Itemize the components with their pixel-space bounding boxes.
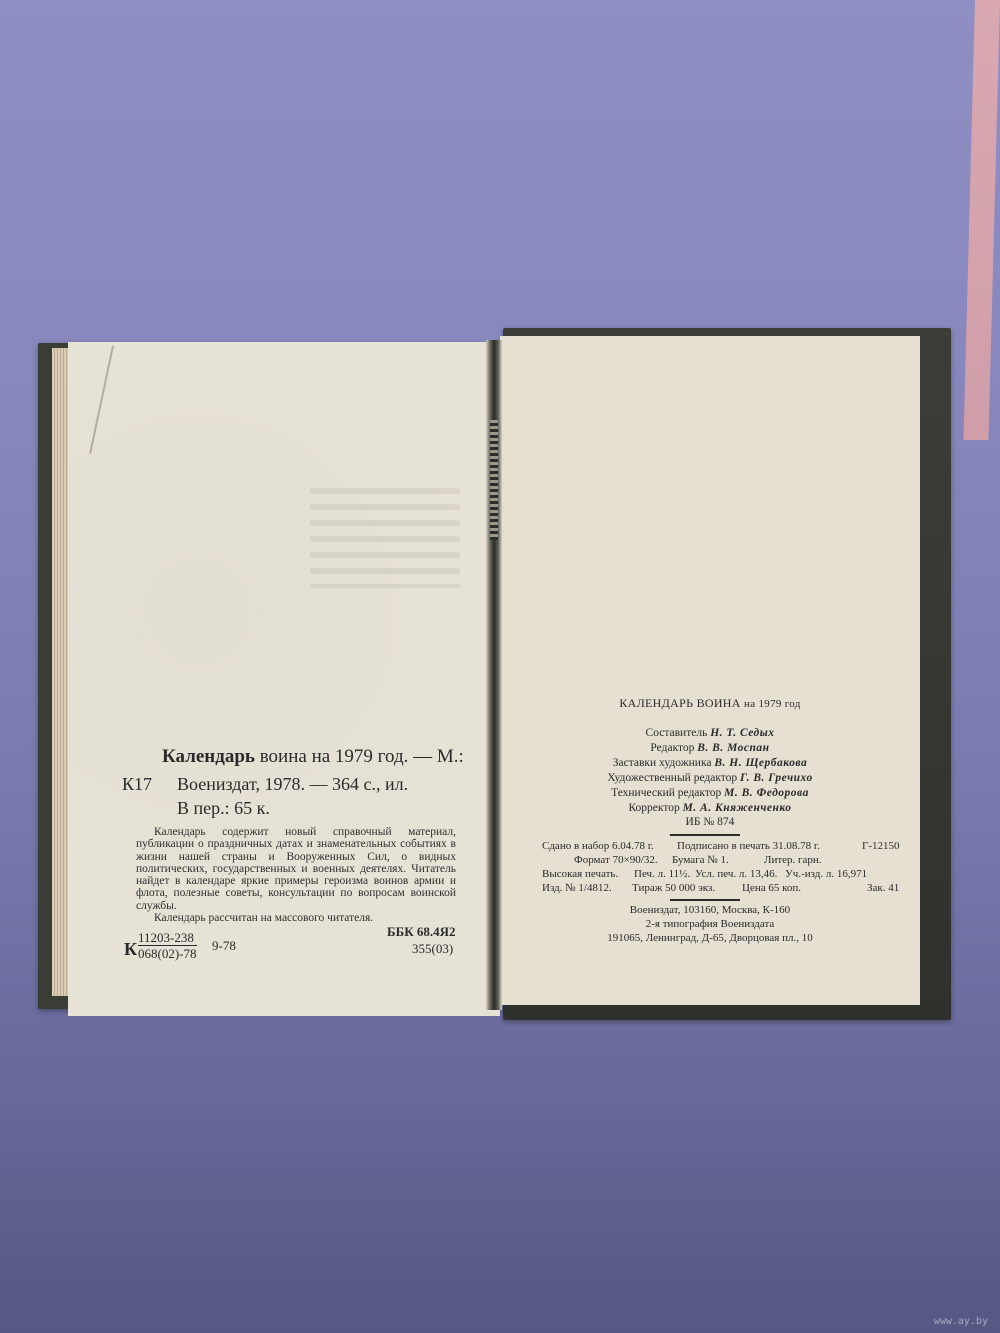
ib-number: ИБ № 874 [500,816,920,828]
catalog-price-line: В пер.: 65 к. [177,798,270,819]
print-sheets: Печ. л. 11½. [634,868,690,880]
publisher-line: 2-я типография Воениздата [500,918,920,930]
pink-surface-strip [963,0,1000,440]
paper: Бумага № 1. [672,854,729,866]
index-denominator: 068(02)-78 [138,946,197,961]
print-code: Г-12150 [862,840,900,852]
index-fraction: 11203-238 068(02)-78 [138,930,197,961]
divider-rule [670,899,740,901]
abstract-paragraph: Календарь содержит новый справочный мате… [136,826,456,912]
submitted-date: Сдано в набор 6.04.78 г. [542,840,654,852]
publisher-line: Воениздат, 103160, Москва, К-160 [500,904,920,916]
credit-line: Художественный редактор Г. В. Гречихо [500,772,920,784]
credit-line: Составитель Н. Т. Седых [500,727,920,739]
conv-sheets: Усл. печ. л. 13,46. [695,868,777,880]
signed-date: Подписано в печать 31.08.78 г. [677,840,820,852]
bleed-through-text [310,488,460,588]
index-letter: К [124,939,137,960]
credit-line: Заставки художника В. Н. Щербакова [500,757,920,769]
colophon-title: КАЛЕНДАРЬ ВОИНА на 1979 год [500,696,920,711]
printing-method: Высокая печать. [542,868,618,880]
bbk-label: ББК 68.4Я2 [387,924,456,940]
index-suffix: 9-78 [212,938,236,954]
edition-number: Изд. № 1/4812. [542,882,612,894]
credit-line: Технический редактор М. В. Федорова [500,787,920,799]
typeface: Литер. гарн. [764,854,822,866]
price: Цена 65 коп. [742,882,801,894]
credit-line: Корректор М. А. Княженченко [500,802,920,814]
book-abstract: Календарь содержит новый справочный мате… [136,826,456,924]
catalog-classification: К17 [122,774,152,795]
catalog-title: Календарь воина на 1979 год. — М.: [162,746,464,768]
order-number: Зак. 41 [867,882,899,894]
catalog-publisher-line: Воениздат, 1978. — 364 с., ил. [177,774,408,795]
watermark: www.ay.by [934,1316,988,1327]
abstract-paragraph: Календарь рассчитан на массового читател… [136,912,456,924]
print-run: Тираж 50 000 экз. [632,882,715,894]
divider-rule [670,834,740,836]
format: Формат 70×90/32. [574,854,658,866]
bbk-code: 355(03) [412,941,453,957]
spine-stitching [490,420,498,540]
publisher-line: 191065, Ленинград, Д-65, Дворцовая пл., … [500,932,920,944]
credit-line: Редактор В. В. Моспан [500,742,920,754]
index-numerator: 11203-238 [138,930,197,946]
pub-sheets: Уч.-изд. л. 16,971 [785,868,867,880]
